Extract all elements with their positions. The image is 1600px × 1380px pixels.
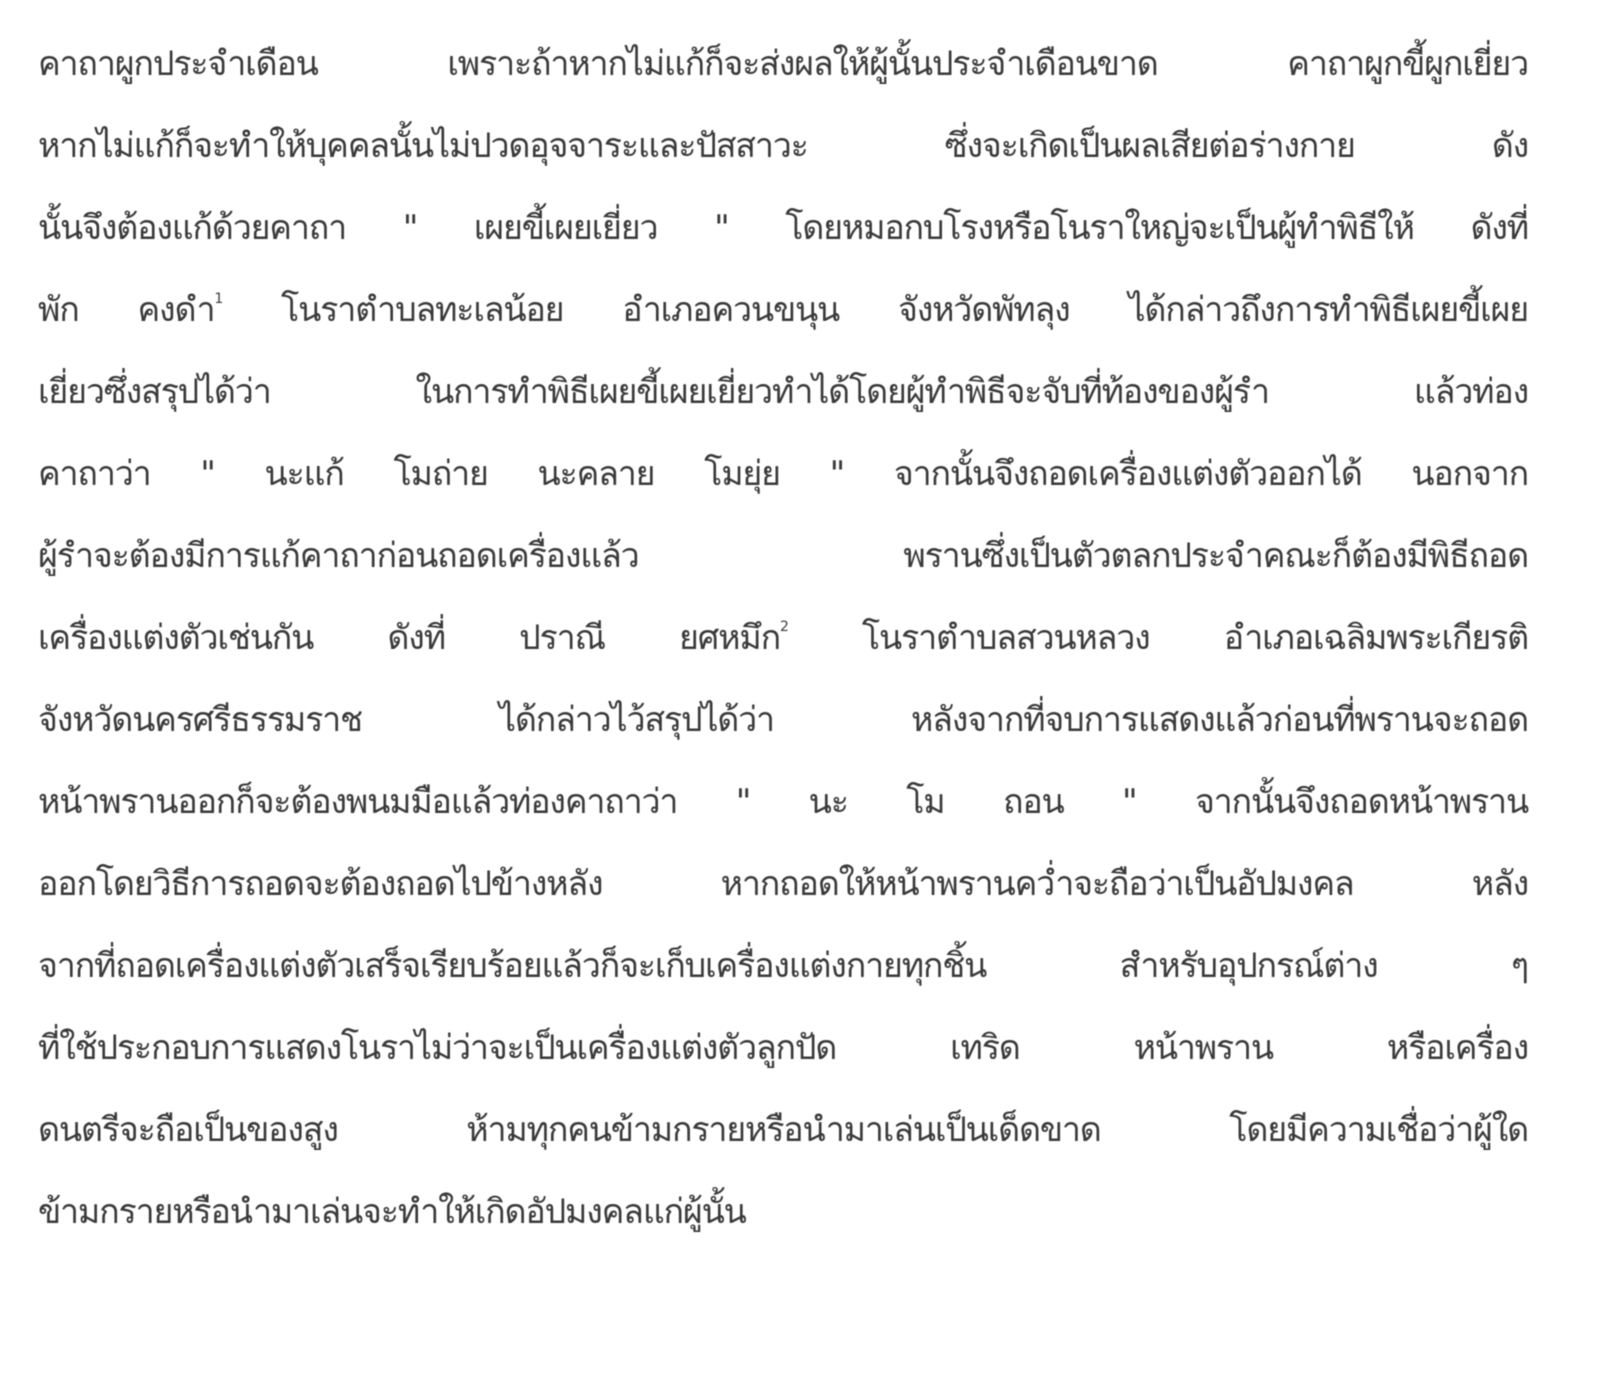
line-4-part-b: โนราตำบลทะเลน้อย อำเภอควนขนุน จังหวัดพัท… <box>222 290 1528 330</box>
paragraph-line-2: หากไม่แก้ก็จะทำให้บุคคลนั้นไม่ปวดอุจจาระ… <box>38 116 1528 176</box>
paragraph-line-6: คาถาว่า " นะแก้ โมถ่าย นะคลาย โมยุ่ย " จ… <box>38 444 1528 504</box>
paragraph-line-5: เยี่ยวซึ่งสรุปได้ว่า ในการทำพิธีเผยขี้เผ… <box>38 362 1528 422</box>
paragraph-line-13: ที่ใช้ประกอบการแสดงโนราไม่ว่าจะเป็นเครื่… <box>38 1018 1528 1078</box>
paragraph-line-12: จากที่ถอดเครื่องแต่งตัวเสร็จเรียบร้อยแล้… <box>38 936 1528 996</box>
paragraph-line-3: นั้นจึงต้องแก้ด้วยคาถา " เผยขี้เผยเยี่ยว… <box>38 198 1528 258</box>
paragraph-line-8: เครื่องแต่งตัวเช่นกัน ดังที่ ปราณี ยศหมึ… <box>38 608 1528 668</box>
paragraph-line-15: ข้ามกรายหรือนำมาเล่นจะทำให้เกิดอัปมงคลแก… <box>38 1182 1528 1242</box>
paragraph-line-4: พัก คงดำ1 โนราตำบลทะเลน้อย อำเภอควนขนุน … <box>38 280 1528 340</box>
line-8-part-a: เครื่องแต่งตัวเช่นกัน ดังที่ ปราณี ยศหมึ… <box>38 618 780 658</box>
footnote-marker-1: 1 <box>214 291 222 307</box>
paragraph-line-10: หน้าพรานออกก็จะต้องพนมมือแล้วท่องคาถาว่า… <box>38 772 1528 832</box>
paragraph-line-1: คาถาผูกประจำเดือน เพราะถ้าหากไม่แก้ก็จะส… <box>38 34 1528 94</box>
paragraph-line-11: ออกโดยวิธีการถอดจะต้องถอดไปข้างหลัง หากถ… <box>38 854 1528 914</box>
paragraph-line-14: ดนตรีจะถือเป็นของสูง ห้ามทุกคนข้ามกรายหร… <box>38 1100 1528 1160</box>
paragraph-line-7: ผู้รำจะต้องมีการแก้คาถาก่อนถอดเครื่องแล้… <box>38 526 1528 586</box>
paragraph-line-9: จังหวัดนครศรีธรรมราช ได้กล่าวไว้สรุปได้ว… <box>38 690 1528 750</box>
line-4-part-a: พัก คงดำ <box>38 290 214 330</box>
footnote-marker-2: 2 <box>780 619 788 635</box>
line-8-part-b: โนราตำบลสวนหลวง อำเภอเฉลิมพระเกียรติ <box>788 618 1528 658</box>
